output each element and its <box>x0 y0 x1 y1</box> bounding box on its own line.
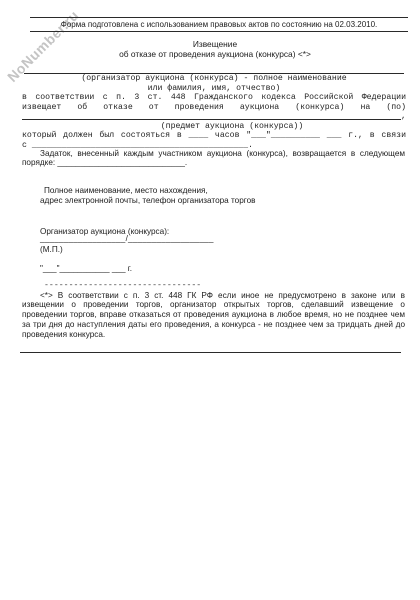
organizer-info-line2: адрес электронной почты, телефон организ… <box>40 196 380 206</box>
footnote-line3: проведении торгов, вправе отказаться от … <box>22 310 405 320</box>
deposit-paragraph: Задаток, внесенный каждым участником аук… <box>22 149 405 168</box>
body-text-line1: в соответствии с п. 3 ст. 448 Гражданско… <box>22 93 406 103</box>
form-body: (организатор аукциона (конкурса) - полно… <box>22 69 406 150</box>
document-title: Извещение об отказе от проведения аукцио… <box>10 39 420 59</box>
document-title-line2: об отказе от проведения аукциона (конкур… <box>10 49 420 59</box>
footnote: -------------------------------- <*> В с… <box>22 281 405 339</box>
body-text-line2: извещает об отказе от проведения аукцион… <box>22 103 406 113</box>
footnote-line5: проведения конкурса. <box>22 330 405 340</box>
document-title-line1: Извещение <box>10 39 420 49</box>
signature-fill-line: __________________/__________________ <box>40 234 214 243</box>
page-bottom-rule <box>20 352 401 353</box>
footnote-line1: <*> В соответствии с п. 3 ст. 448 ГК РФ … <box>22 291 405 301</box>
organizer-caption-line1: (организатор аукциона (конкурса) - полно… <box>22 74 406 84</box>
footnote-line4: за три дня до наступления даты его прове… <box>22 320 405 330</box>
deposit-line2: порядке: ____________________________. <box>22 158 405 167</box>
subject-caption: (предмет аукциона (конкурса)) <box>40 122 420 132</box>
footnote-line2: извещении о проведении торгов, организат… <box>22 300 405 310</box>
stamp-place-label: (М.П.) <box>40 245 63 254</box>
schedule-line: который должен был состояться в ____ час… <box>22 131 406 141</box>
footnote-separator: -------------------------------- <box>22 281 405 291</box>
subject-fill-row: , <box>22 112 406 122</box>
organizer-info: Полное наименование, место нахождения, а… <box>40 186 380 206</box>
form-source-note: Форма подготовлена с использованием прав… <box>30 17 408 32</box>
subject-line-comma: , <box>401 112 406 122</box>
organizer-info-line1: Полное наименование, место нахождения, <box>40 186 380 196</box>
organizer-caption-line2: или фамилия, имя, отчество) <box>22 84 406 94</box>
subject-fill-line <box>22 119 401 120</box>
date-fill-line: "___"___________ ___ г. <box>40 264 132 273</box>
deposit-line1: Задаток, внесенный каждым участником аук… <box>22 149 405 158</box>
document-page: NoNumber.ru Форма подготовлена с использ… <box>0 0 420 600</box>
form-source-note-text: Форма подготовлена с использованием прав… <box>61 20 378 29</box>
